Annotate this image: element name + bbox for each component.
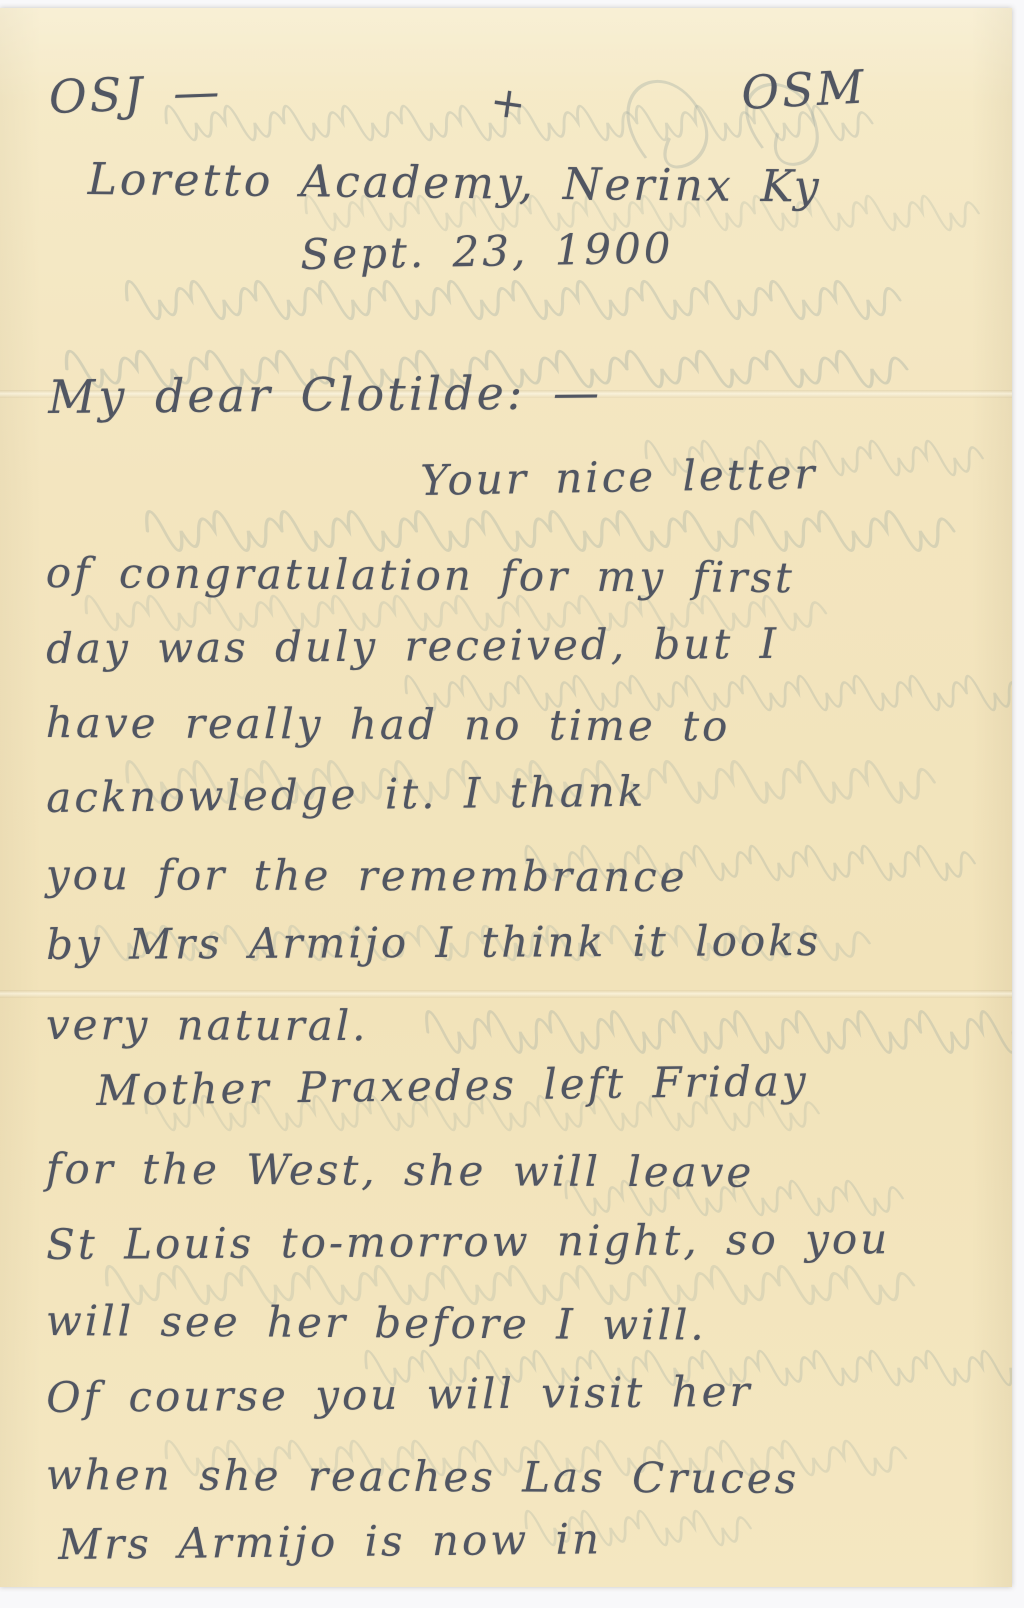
letter-line: Your nice letter bbox=[420, 449, 818, 505]
letter-line: acknowledge it. I thank bbox=[46, 767, 646, 822]
salutation: My dear Clotilde: — bbox=[48, 365, 602, 424]
letter-line: for the West, she will leave bbox=[46, 1144, 755, 1197]
letter-line: very natural. bbox=[46, 1000, 369, 1050]
address-line: Loretto Academy, Nerinx Ky bbox=[87, 154, 821, 213]
date-line: Sept. 23, 1900 bbox=[300, 223, 674, 279]
inscription-right: OSM bbox=[740, 59, 868, 119]
letter-line: you for the remembrance bbox=[46, 850, 688, 901]
letter-line: Mrs Armijo is now in bbox=[58, 1514, 602, 1569]
letter-line: by Mrs Armijo I think it looks bbox=[46, 916, 821, 969]
letter-line: will see her before I will. bbox=[46, 1296, 707, 1350]
letter-line: Mother Praxedes left Friday bbox=[96, 1056, 809, 1115]
letter-line: of congratulation for my first bbox=[46, 548, 795, 602]
letter-line: have really had no time to bbox=[46, 698, 731, 751]
letter-line: Of course you will visit her bbox=[46, 1367, 753, 1422]
letter-line: day was duly received, but I bbox=[46, 619, 779, 673]
inscription-cross: + bbox=[487, 76, 532, 130]
inscription-left: OSJ — bbox=[48, 64, 223, 124]
fold-crease-middle bbox=[0, 990, 1012, 998]
letter-line: St Louis to-morrow night, so you bbox=[46, 1214, 890, 1269]
letter-page: OSJ — + OSM Loretto Academy, Nerinx Ky S… bbox=[0, 8, 1012, 1587]
letter-line: when she reaches Las Cruces bbox=[46, 1450, 800, 1503]
